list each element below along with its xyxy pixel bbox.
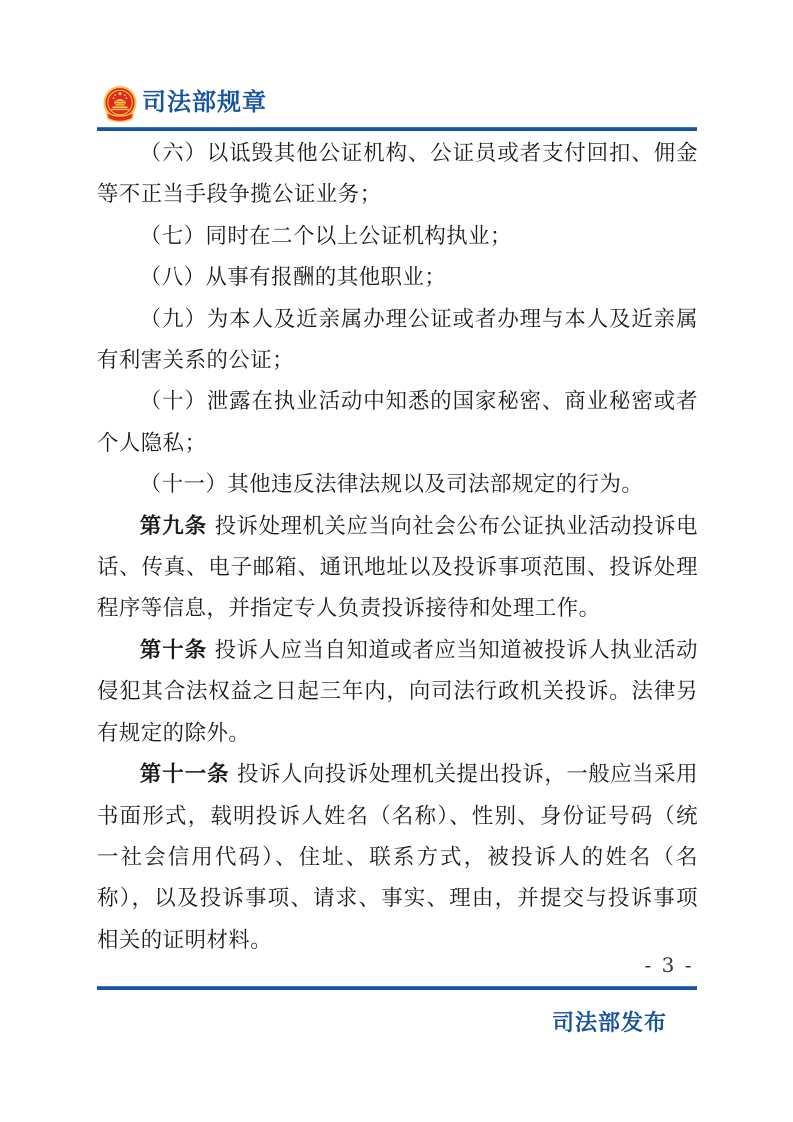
article-text: 投诉人向投诉处理机关提出投诉，一般应当采用书面形式，载明投诉人姓名（名称）、性别… [97,762,698,953]
paragraph-text: （六）以诋毁其他公证机构、公证员或者支付回扣、佣金等不正当手段争揽公证业务； [97,141,698,207]
paragraph-text: （七）同时在二个以上公证机构执业； [140,224,512,249]
paragraph-text: （十一）其他违反法律法规以及司法部规定的行为。 [140,472,644,497]
national-emblem-icon [103,85,137,126]
page-number: - 3 - [640,953,698,977]
footer-publisher-label: 司法部发布 [552,1006,667,1037]
article-number: 第十一条 [140,762,230,787]
document-body: （六）以诋毁其他公证机构、公证员或者支付回扣、佣金等不正当手段争揽公证业务； （… [97,133,698,961]
paragraph-item-9: （九）为本人及近亲属办理公证或者办理与本人及近亲属有利害关系的公证； [97,299,698,382]
paragraph-item-10: （十）泄露在执业活动中知悉的国家秘密、商业秘密或者个人隐私； [97,381,698,464]
paragraph-article-10: 第十条 投诉人应当自知道或者应当知道被投诉人执业活动侵犯其合法权益之日起三年内，… [97,630,698,754]
article-number: 第十条 [140,638,207,663]
paragraph-item-11: （十一）其他违反法律法规以及司法部规定的行为。 [97,464,698,505]
paragraph-item-6: （六）以诋毁其他公证机构、公证员或者支付回扣、佣金等不正当手段争揽公证业务； [97,133,698,216]
document-page: 司法部规章 （六）以诋毁其他公证机构、公证员或者支付回扣、佣金等不正当手段争揽公… [0,0,793,1122]
header-divider [97,127,697,131]
paragraph-text: （九）为本人及近亲属办理公证或者办理与本人及近亲属有利害关系的公证； [97,307,698,373]
paragraph-article-11: 第十一条 投诉人向投诉处理机关提出投诉，一般应当采用书面形式，载明投诉人姓名（名… [97,754,698,961]
article-number: 第九条 [140,514,207,539]
paragraph-item-8: （八）从事有报酬的其他职业； [97,257,698,298]
paragraph-item-7: （七）同时在二个以上公证机构执业； [97,216,698,257]
paragraph-article-9: 第九条 投诉处理机关应当向社会公布公证执业活动投诉电话、传真、电子邮箱、通讯地址… [97,506,698,630]
paragraph-text: （八）从事有报酬的其他职业； [140,265,446,290]
header-agency-title: 司法部规章 [142,88,267,116]
footer-divider [97,986,697,990]
paragraph-text: （十）泄露在执业活动中知悉的国家秘密、商业秘密或者个人隐私； [97,389,698,455]
